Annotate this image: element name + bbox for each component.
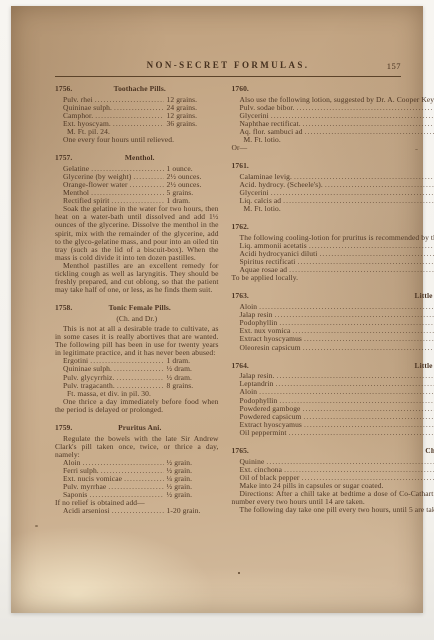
dot-leader: ........................................… bbox=[297, 258, 434, 266]
page-content: NON-SECRET FORMULAS. 157 1756.Toothache … bbox=[55, 60, 401, 516]
dot-leader: ........................................… bbox=[271, 112, 434, 120]
scanned-book-page: NON-SECRET FORMULAS. 157 1756.Toothache … bbox=[11, 6, 423, 613]
dot-leader: ........................................… bbox=[279, 319, 434, 327]
ingredient-row: Aloin...................................… bbox=[232, 303, 434, 311]
dot-leader: ........................................… bbox=[101, 467, 164, 475]
dot-leader: ........................................… bbox=[112, 507, 164, 515]
dot-leader: ........................................… bbox=[284, 466, 434, 474]
dot-leader: ........................................… bbox=[259, 303, 434, 311]
formula-entry: 1761.Calaminae levig....................… bbox=[232, 162, 434, 213]
dot-leader: ........................................… bbox=[294, 173, 434, 181]
paragraph: This is not at all a desirable trade to … bbox=[55, 325, 219, 357]
instruction-line: M. Ft. lotio. bbox=[232, 136, 434, 144]
entry-head: 1759.Pruritus Ani. bbox=[55, 424, 219, 432]
dot-leader: ........................................… bbox=[276, 372, 434, 380]
dot-leader: ........................................… bbox=[111, 197, 163, 205]
dot-leader: ........................................… bbox=[133, 173, 163, 181]
dot-leader: ........................................… bbox=[89, 491, 163, 499]
dot-leader: ........................................… bbox=[304, 421, 434, 429]
header-rule bbox=[55, 76, 401, 77]
dot-leader: ........................................… bbox=[303, 405, 434, 413]
page-number: 157 bbox=[387, 61, 401, 71]
entry-title: Pruritus Ani. bbox=[112, 423, 161, 432]
entry-number: 1763. bbox=[232, 292, 249, 300]
ingredient-name: Acidi arseniosi bbox=[63, 507, 110, 515]
dot-leader: ........................................… bbox=[271, 189, 434, 197]
entry-title: Tonic Female Pills. bbox=[103, 303, 171, 312]
entry-head: 1765.Chill Pills. bbox=[232, 447, 434, 455]
entry-head: 1764.Little Liver Pills.B bbox=[232, 362, 434, 370]
formula-entry: 1765.Chill Pills.Quinine................… bbox=[232, 447, 434, 514]
paragraph: Directions: After a chill take at bedtim… bbox=[232, 490, 434, 506]
dot-leader: ........................................… bbox=[91, 189, 163, 197]
dot-leader: ........................................… bbox=[305, 128, 434, 136]
dot-leader: ........................................… bbox=[309, 242, 434, 250]
dot-leader: ........................................… bbox=[279, 397, 434, 405]
entry-number: 1762. bbox=[232, 222, 249, 231]
dot-leader: ........................................… bbox=[283, 197, 434, 205]
dot-leader: ........................................… bbox=[114, 104, 164, 112]
instruction-line: M. Ft. lotio. bbox=[232, 205, 434, 213]
dot-leader: ........................................… bbox=[259, 388, 434, 396]
entry-head: 1756.Toothache Pills. bbox=[55, 85, 219, 93]
formula-entry: 1762.The following cooling-lotion for pr… bbox=[232, 223, 434, 282]
entry-title: Little Liver Pills. bbox=[409, 291, 434, 300]
ingredient-row: Aloin...................................… bbox=[232, 388, 434, 396]
dot-leader: ........................................… bbox=[304, 335, 434, 343]
dot-leader: ........................................… bbox=[83, 459, 164, 467]
entry-head: 1763.Little Liver Pills.A bbox=[232, 292, 434, 300]
entry-title: Toothache Pills. bbox=[108, 84, 166, 93]
paragraph: One every four hours until relieved. bbox=[55, 136, 219, 144]
instruction-line: Or— bbox=[232, 144, 434, 152]
dot-leader: ........................................… bbox=[275, 311, 434, 319]
scan-speck bbox=[35, 525, 38, 527]
entry-number: 1765. bbox=[232, 447, 249, 455]
ingredient-row: Oil peppermint..........................… bbox=[232, 429, 434, 437]
entry-number: 1757. bbox=[55, 154, 72, 162]
dot-leader: ........................................… bbox=[114, 365, 164, 373]
two-column-layout: 1756.Toothache Pills.Pulv. rhei.........… bbox=[55, 80, 401, 516]
scan-speck bbox=[415, 149, 418, 150]
dot-leader: ........................................… bbox=[108, 483, 163, 491]
scan-speck bbox=[238, 572, 240, 574]
formula-entry: 1764.Little Liver Pills.BJalap resin....… bbox=[232, 362, 434, 437]
dot-leader: ........................................… bbox=[117, 382, 164, 390]
ingredient-row: Leptandrin..............................… bbox=[232, 380, 434, 388]
dot-leader: ........................................… bbox=[319, 250, 434, 258]
ingredient-row: Oleoresin capsicum......................… bbox=[232, 344, 434, 352]
dot-leader: ........................................… bbox=[90, 357, 163, 365]
entry-title: Little Liver Pills. bbox=[409, 361, 434, 370]
entry-head: 1758.Tonic Female Pills. bbox=[55, 304, 219, 312]
paragraph: Regulate the bowels with the late Sir An… bbox=[55, 435, 219, 459]
column-right: 1760.Also use the following lotion, sugg… bbox=[225, 80, 434, 516]
dot-leader: ........................................… bbox=[91, 165, 163, 173]
ingredient-quantity: 8 grains. bbox=[167, 382, 219, 390]
paragraph: Menthol pastilles are an excellent remed… bbox=[55, 262, 219, 294]
column-left: 1756.Toothache Pills.Pulv. rhei.........… bbox=[55, 80, 225, 516]
dot-leader: ........................................… bbox=[303, 120, 434, 128]
entry-number: 1760. bbox=[232, 84, 249, 93]
dot-leader: ........................................… bbox=[124, 475, 163, 483]
dot-leader: ........................................… bbox=[130, 181, 164, 189]
ingredient-name: Oil peppermint bbox=[240, 429, 287, 437]
formula-entry: 1756.Toothache Pills.Pulv. rhei.........… bbox=[55, 85, 219, 144]
dot-leader: ........................................… bbox=[303, 413, 434, 421]
page-header: NON-SECRET FORMULAS. 157 bbox=[55, 60, 401, 72]
book-section-title: NON-SECRET FORMULAS. bbox=[55, 60, 401, 70]
ingredient-quantity: ½ grain. bbox=[167, 491, 219, 499]
dot-leader: ........................................… bbox=[302, 474, 434, 482]
entry-head: 1757.Menthol. bbox=[55, 154, 219, 162]
dot-leader: ........................................… bbox=[289, 429, 434, 437]
dot-leader: ........................................… bbox=[325, 181, 434, 189]
dot-leader: ........................................… bbox=[95, 96, 164, 104]
formula-entry: 1760.Also use the following lotion, sugg… bbox=[232, 85, 434, 152]
ingredient-quantity: 1-20 grain. bbox=[167, 507, 219, 515]
dot-leader: ........................................… bbox=[292, 327, 434, 335]
entry-number: 1756. bbox=[55, 85, 72, 93]
formula-entry: 1763.Little Liver Pills.AAloin..........… bbox=[232, 292, 434, 351]
entry-head: 1761. bbox=[232, 162, 434, 170]
formula-entry: 1757.Menthol.Gelatine...................… bbox=[55, 154, 219, 294]
dot-leader: ........................................… bbox=[266, 458, 434, 466]
entry-number: 1758. bbox=[55, 304, 72, 312]
dot-leader: ........................................… bbox=[116, 374, 163, 382]
dot-leader: ........................................… bbox=[275, 380, 434, 388]
instruction-line: To be applied locally. bbox=[232, 274, 434, 282]
dot-leader: ........................................… bbox=[95, 112, 163, 120]
entry-number: 1761. bbox=[232, 161, 249, 170]
entry-title: Menthol. bbox=[119, 153, 155, 162]
dot-leader: ........................................… bbox=[303, 344, 434, 352]
attribution-note: (Ch. and Dr.) bbox=[55, 315, 219, 323]
paragraph: Soak the gelatine in the water for two h… bbox=[55, 205, 219, 262]
entry-head: 1762. bbox=[232, 223, 434, 231]
paragraph: One thrice a day immediately before food… bbox=[55, 398, 219, 414]
paragraph: The following day take one pill every tw… bbox=[232, 506, 434, 514]
entry-number: 1759. bbox=[55, 424, 72, 432]
entry-head: 1760. bbox=[232, 85, 434, 93]
dot-leader: ........................................… bbox=[297, 104, 434, 112]
formula-entry: 1759.Pruritus Ani.Regulate the bowels wi… bbox=[55, 424, 219, 516]
ingredient-quantity: 36 grains. bbox=[167, 120, 219, 128]
entry-title: Chill Pills. bbox=[419, 446, 434, 455]
ingredient-name: Oleoresin capsicum bbox=[240, 344, 301, 352]
dot-leader: ........................................… bbox=[289, 266, 434, 274]
entry-number: 1764. bbox=[232, 362, 249, 370]
dot-leader: ........................................… bbox=[113, 120, 164, 128]
ingredient-row: Acidi arseniosi.........................… bbox=[55, 507, 219, 515]
formula-entry: 1758.Tonic Female Pills.(Ch. and Dr.)Thi… bbox=[55, 304, 219, 414]
